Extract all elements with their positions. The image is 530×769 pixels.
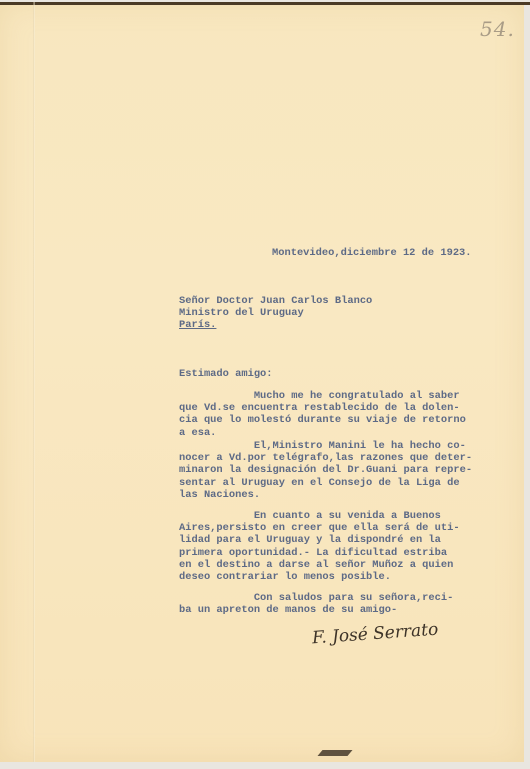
paragraph-line: Con saludos para su señora,reci- [179, 592, 453, 604]
addressee-line-1: Señor Doctor Juan Carlos Blanco [179, 295, 372, 307]
paragraph-2: El,Ministro Manini le ha hecho co-nocer … [179, 440, 472, 501]
addressee-block: Señor Doctor Juan Carlos BlancoMinistro … [179, 295, 372, 332]
addressee-city: París. [179, 319, 372, 331]
page-number: 54. [480, 17, 515, 41]
paragraph-line: primera oportunidad.- La dificultad estr… [179, 547, 460, 559]
paragraph-line: En cuanto a su venida a Buenos [179, 510, 460, 522]
salutation: Estimado amigo: [179, 368, 273, 380]
handwritten-signature: F. José Serrato [311, 620, 438, 649]
paragraph-line: en el destino a darse al señor Muñoz a q… [179, 559, 460, 571]
paragraph-line: lidad para el Uruguay y la dispondré en … [179, 534, 460, 546]
paragraph-line: minaron la designación del Dr.Guani para… [179, 464, 472, 476]
addressee-line-2: Ministro del Uruguay [179, 307, 372, 319]
paper-fold-line [33, 2, 35, 762]
page-corner-curl [317, 750, 352, 756]
paragraph-1: Mucho me he congratulado al saberque Vd.… [179, 390, 466, 439]
paragraph-line: deseo contrariar lo menos posible. [179, 571, 460, 583]
letter-page: 54. Montevideo,diciembre 12 de 1923. Señ… [0, 2, 524, 762]
paragraph-4: Con saludos para su señora,reci-ba un ap… [179, 592, 453, 616]
date-line: Montevideo,diciembre 12 de 1923. [272, 247, 472, 259]
paragraph-line: ba un apreton de manos de su amigo- [179, 604, 453, 616]
paragraph-line: cia que lo molestó durante su viaje de r… [179, 414, 466, 426]
page-top-edge [0, 2, 530, 5]
paragraph-line: nocer a Vd.por telégrafo,las razones que… [179, 452, 472, 464]
paragraph-line: que Vd.se encuentra restablecido de la d… [179, 402, 466, 414]
paragraph-3: En cuanto a su venida a BuenosAires,pers… [179, 510, 460, 583]
paragraph-line: sentar al Uruguay en el Consejo de la Li… [179, 477, 472, 489]
paragraph-line: a esa. [179, 427, 466, 439]
paragraph-line: El,Ministro Manini le ha hecho co- [179, 440, 472, 452]
paragraph-line: las Naciones. [179, 489, 472, 501]
paragraph-line: Mucho me he congratulado al saber [179, 390, 466, 402]
paragraph-line: Aires,persisto en creer que ella será de… [179, 522, 460, 534]
